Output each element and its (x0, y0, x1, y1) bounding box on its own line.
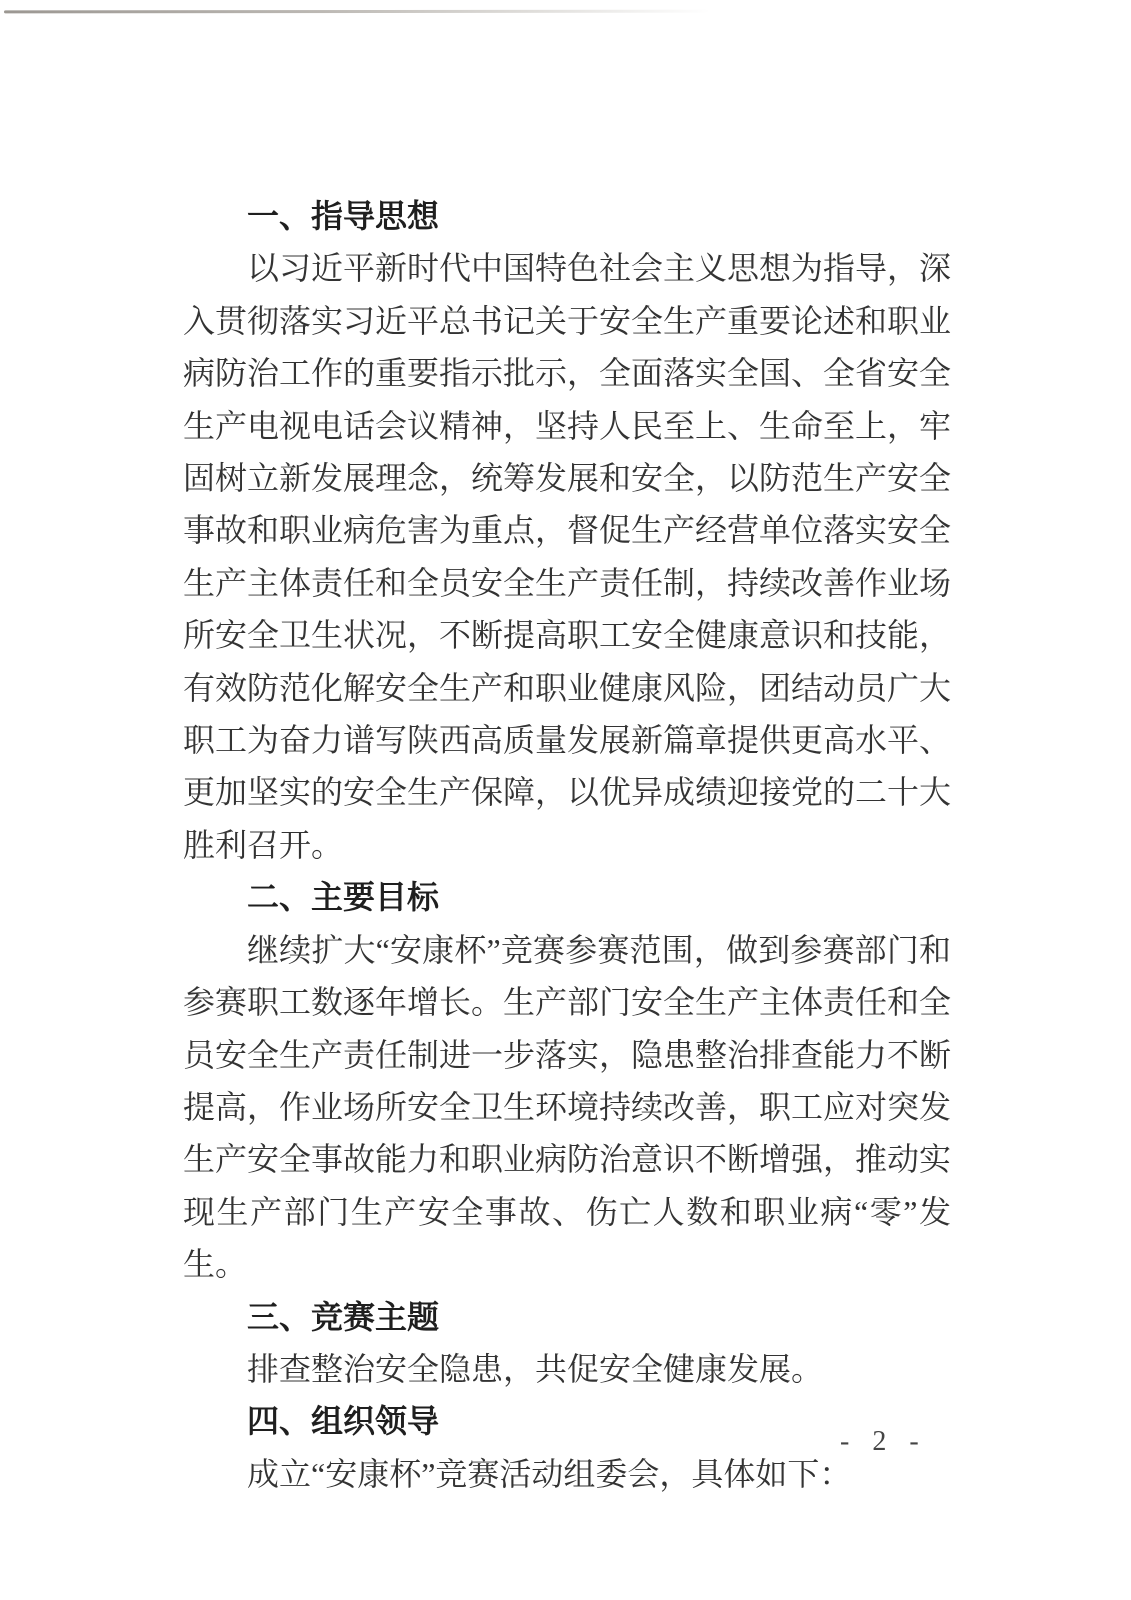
section-heading-organization-leadership: 四、组织领导 (183, 1395, 951, 1447)
section-body-organization-leadership: 成立“安康杯”竞赛活动组委会，具体如下： (183, 1448, 951, 1500)
page-number: - 2 - (840, 1426, 927, 1458)
section-heading-guiding-ideology: 一、指导思想 (183, 190, 951, 242)
document-body: 一、指导思想 以习近平新时代中国特色社会主义思想为指导，深入贯彻落实习近平总书记… (183, 190, 951, 1500)
section-heading-competition-theme: 三、竞赛主题 (183, 1291, 951, 1343)
scan-artifact-line (4, 10, 710, 14)
section-heading-main-goals: 二、主要目标 (183, 871, 951, 923)
section-body-competition-theme: 排查整治安全隐患，共促安全健康发展。 (183, 1343, 951, 1395)
section-body-guiding-ideology: 以习近平新时代中国特色社会主义思想为指导，深入贯彻落实习近平总书记关于安全生产重… (183, 242, 951, 871)
section-body-main-goals: 继续扩大“安康杯”竞赛参赛范围，做到参赛部门和参赛职工数逐年增长。生产部门安全生… (183, 924, 951, 1291)
